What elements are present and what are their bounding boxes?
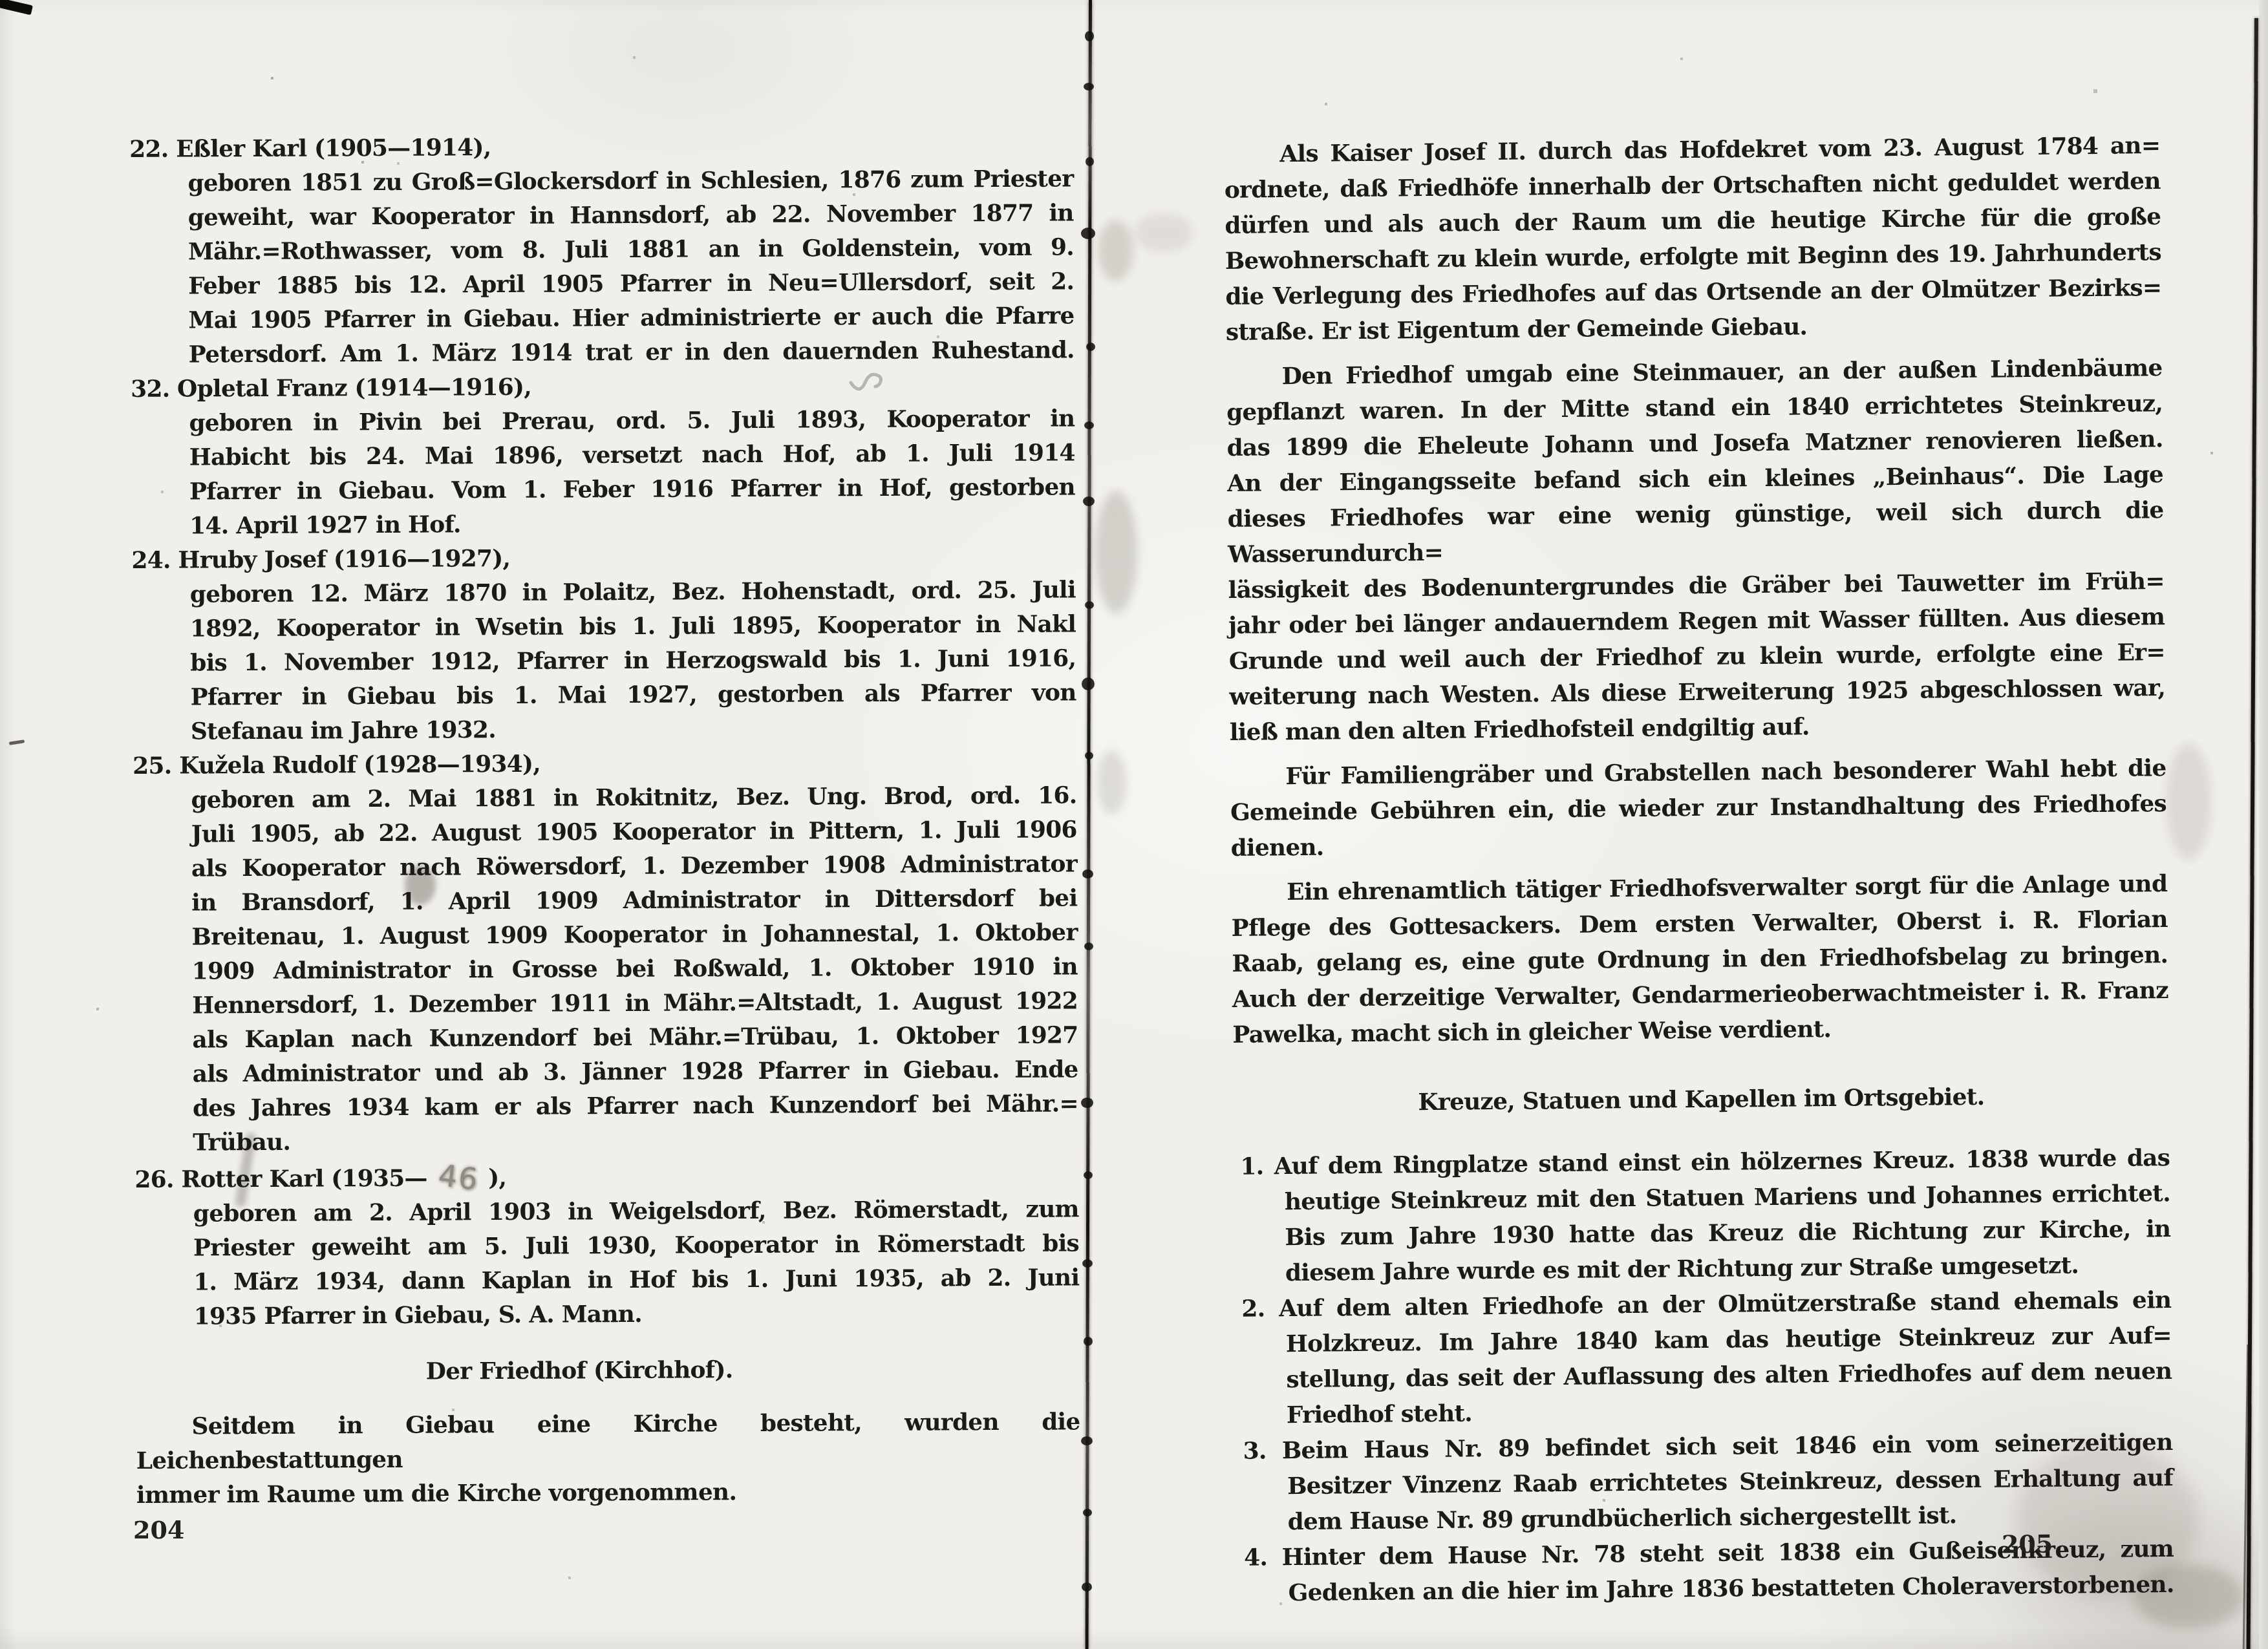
- text-line: 22. Eßler Karl (1905—1914),: [129, 127, 1073, 167]
- page-edge-shadow: [2247, 18, 2258, 1649]
- text-line: 1. März 1934, dann Kaplan in Hof bis 1. …: [135, 1261, 1079, 1300]
- text-line: geboren in Pivin bei Prerau, ord. 5. Jul…: [131, 401, 1075, 441]
- text-line: Petersdorf. Am 1. März 1914 trat er in d…: [131, 333, 1075, 372]
- text-line: geboren am 2. Mai 1881 in Rokitnitz, Bez…: [133, 778, 1076, 818]
- stitch-mark: [1082, 677, 1095, 690]
- stitch-mark: [1085, 752, 1093, 760]
- text-line: Breitenau, 1. August 1909 Kooperator in …: [133, 915, 1077, 955]
- text-line: Hennersdorf, 1. Dezember 1911 in Mähr.=A…: [134, 984, 1078, 1023]
- stitch-mark: [1085, 31, 1094, 41]
- corner-ink-mark: [0, 0, 33, 15]
- page-edge-strip: [2259, 0, 2268, 1649]
- text-line: 1935 Pfarrer in Giebau, S. A. Mann.: [135, 1295, 1079, 1334]
- text-line: Feber 1885 bis 12. April 1905 Pfarrer in…: [130, 264, 1074, 304]
- text-line: Juli 1905, ab 22. August 1905 Kooperator…: [133, 813, 1077, 852]
- paper-smudge: [2166, 743, 2211, 860]
- text-segment: ),: [488, 1164, 506, 1191]
- stitch-mark: [1082, 869, 1093, 878]
- text-line: 26. Rotter Karl (1935—46),: [134, 1155, 1078, 1197]
- text-line: Mähr.=Rothwasser, vom 8. Juli 1881 an in…: [130, 230, 1074, 270]
- text-line: geboren 12. März 1870 in Polaitz, Bez. H…: [132, 573, 1076, 612]
- text-line: des Jahres 1934 kam er als Pfarrer nach …: [134, 1087, 1078, 1126]
- text-line: Habicht bis 24. Mai 1896, versetzt nach …: [131, 436, 1075, 475]
- text-segment: 26. Rotter Karl (1935—: [134, 1165, 427, 1193]
- stitch-mark: [1084, 942, 1093, 950]
- stitch-mark: [1083, 1509, 1092, 1516]
- text-line: 1892, Kooperator in Wsetin bis 1. Juli 1…: [132, 607, 1076, 646]
- text-line: 24. Hruby Josef (1916—1927),: [131, 538, 1075, 578]
- text-line: Pfarrer in Giebau. Vom 1. Feber 1916 Pfa…: [131, 470, 1075, 509]
- text-line: 25. Kužela Rudolf (1928—1934),: [133, 744, 1076, 783]
- text-line: immer im Raume um die Kirche vorgenommen…: [136, 1473, 1080, 1513]
- text-line: geweiht, war Kooperator in Hannsdorf, ab…: [130, 196, 1074, 235]
- page-left-lines: 22. Eßler Karl (1905—1914),geboren 1851 …: [129, 127, 1080, 1513]
- text-line: dieses Friedhofes war eine wenig günstig…: [1227, 493, 2164, 573]
- stitch-mark: [1082, 1582, 1092, 1591]
- page-right-lines: Als Kaiser Josef II. durch das Hofdekret…: [1224, 128, 2174, 1612]
- stitch-mark: [1081, 228, 1095, 239]
- stitch-mark: [1084, 421, 1094, 429]
- stitch-mark: [1085, 601, 1094, 609]
- stitch-mark: [1084, 83, 1094, 90]
- stitch-mark: [1081, 1436, 1093, 1445]
- page-number-left: 204: [133, 1515, 184, 1544]
- stitch-mark: [1081, 1098, 1093, 1108]
- text-line: geboren am 2. April 1903 in Weigelsdorf,…: [135, 1192, 1079, 1231]
- stitch-mark: [1083, 496, 1095, 506]
- section-heading: Der Friedhof (Kirchhof).: [107, 1352, 1051, 1391]
- page-number-right: 205: [2002, 1529, 2053, 1559]
- pencil-annotation: 46: [436, 1158, 480, 1197]
- book-scan: 22. Eßler Karl (1905—1914),geboren 1851 …: [0, 0, 2268, 1649]
- page-right-text: Als Kaiser Josef II. durch das Hofdekret…: [1224, 128, 2174, 1612]
- gutter-smear: [1097, 750, 1126, 814]
- stitch-mark: [1082, 1259, 1093, 1268]
- text-line: geboren 1851 zu Groß=Glockersdorf in Sch…: [129, 162, 1073, 201]
- paper-speckles: [0, 0, 1, 1]
- text-line: als Kooperator nach Röwersdorf, 1. Dezem…: [133, 847, 1077, 886]
- text-line: Priester geweiht am 5. Juli 1930, Kooper…: [135, 1226, 1079, 1266]
- text-line: 1909 Administrator in Grosse bei Roßwald…: [134, 950, 1078, 989]
- stitch-mark: [1084, 1337, 1093, 1346]
- binding-gutter: [1086, 0, 1092, 1649]
- stitch-mark: [1086, 157, 1094, 166]
- text-line: bis 1. November 1912, Pfarrer in Herzogs…: [132, 641, 1076, 681]
- text-line: als Administrator und ab 3. Jänner 1928 …: [134, 1052, 1078, 1092]
- stitch-mark: [1084, 1171, 1093, 1179]
- stitch-mark: [1086, 343, 1095, 351]
- paper-smudge: [1135, 213, 1193, 252]
- text-line: in Bransdorf, 1. April 1909 Administrato…: [133, 881, 1077, 920]
- text-line: Mai 1905 Pfarrer in Giebau. Hier adminis…: [130, 299, 1074, 338]
- text-line: 14. April 1927 in Hof.: [131, 504, 1075, 544]
- text-line: als Kaplan nach Kunzendorf bei Mähr.=Trü…: [134, 1018, 1078, 1058]
- gutter-smear: [1098, 220, 1133, 281]
- text-line: 32. Opletal Franz (1914—1916),: [131, 367, 1075, 407]
- text-line: Trübau.: [134, 1121, 1078, 1160]
- section-heading: Kreuze, Statuen und Kapellen im Ortsgebi…: [1233, 1078, 2169, 1122]
- text-line: Seitdem in Giebau eine Kirche besteht, w…: [136, 1405, 1080, 1478]
- text-line: Stefanau im Jahre 1932.: [133, 710, 1076, 749]
- text-line: Pfarrer in Giebau bis 1. Mai 1927, gesto…: [132, 676, 1076, 715]
- gutter-smear: [1095, 491, 1137, 614]
- edge-mark: [9, 739, 25, 745]
- page-left-text: 22. Eßler Karl (1905—1914),geboren 1851 …: [129, 127, 1080, 1513]
